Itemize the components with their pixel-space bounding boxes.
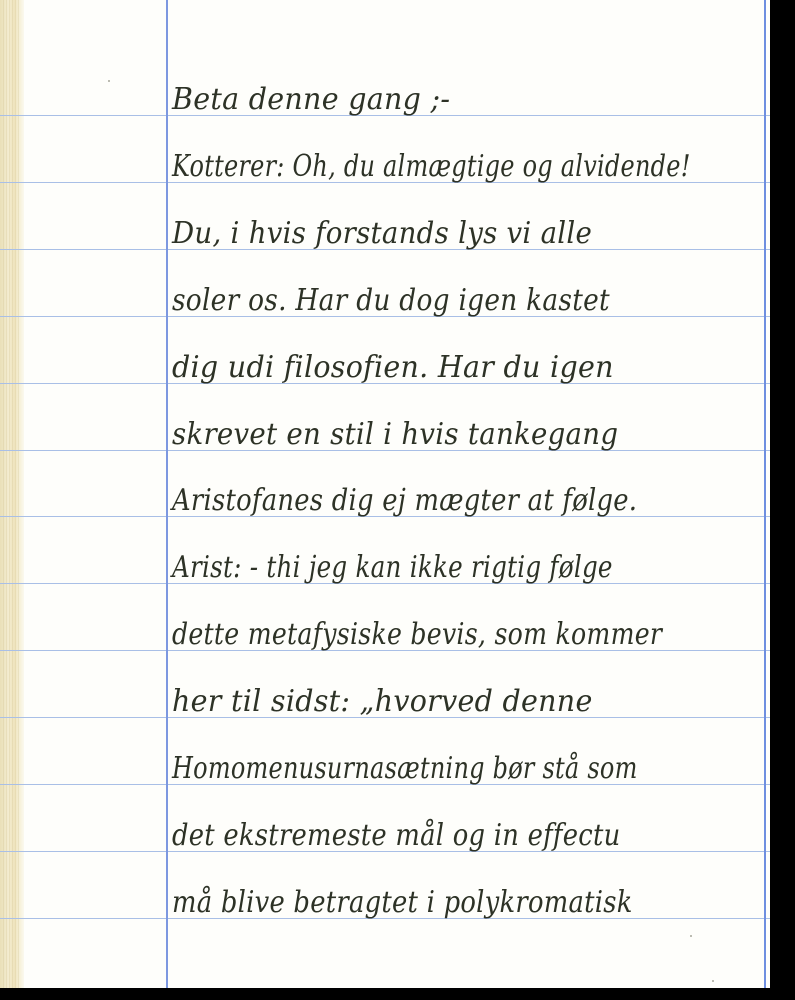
paper-speck bbox=[108, 80, 110, 82]
handwritten-line-9: dette metafysiske bevis, som kommer bbox=[172, 618, 676, 652]
handwritten-line-11: Homomenusurnasætning bør stå som bbox=[172, 752, 652, 786]
handwritten-line-10: her til sidst: „hvorved denne bbox=[172, 685, 742, 719]
paper-speck bbox=[690, 935, 692, 937]
margin-line bbox=[166, 0, 168, 988]
handwritten-line-12: det ekstremeste mål og in effectu bbox=[172, 819, 688, 853]
handwritten-line-1: Beta denne gang ;- bbox=[172, 83, 742, 117]
handwritten-line-13: må blive betragtet i polykromatisk bbox=[172, 886, 688, 920]
handwritten-line-7: Aristofanes dig ej mægter at følge. bbox=[172, 484, 688, 518]
paper-speck bbox=[712, 980, 714, 982]
handwritten-line-2: Kotterer: Oh, du almægtige og alvidende! bbox=[172, 150, 652, 184]
handwritten-line-8: Arist: - thi jeg kan ikke rigtig følge bbox=[172, 551, 664, 585]
handwritten-line-4: soler os. Har du dog igen kastet bbox=[172, 284, 700, 318]
handwritten-line-6: skrevet en stil i hvis tankegang bbox=[172, 418, 724, 452]
handwritten-line-3: Du, i hvis forstands lys vi alle bbox=[172, 217, 724, 251]
notebook-page: Beta denne gang ;- Kotterer: Oh, du almæ… bbox=[0, 0, 770, 988]
right-edge-line bbox=[764, 0, 766, 988]
handwritten-line-5: dig udi filosofien. Har du igen bbox=[172, 351, 742, 385]
binding-edge bbox=[0, 0, 24, 988]
